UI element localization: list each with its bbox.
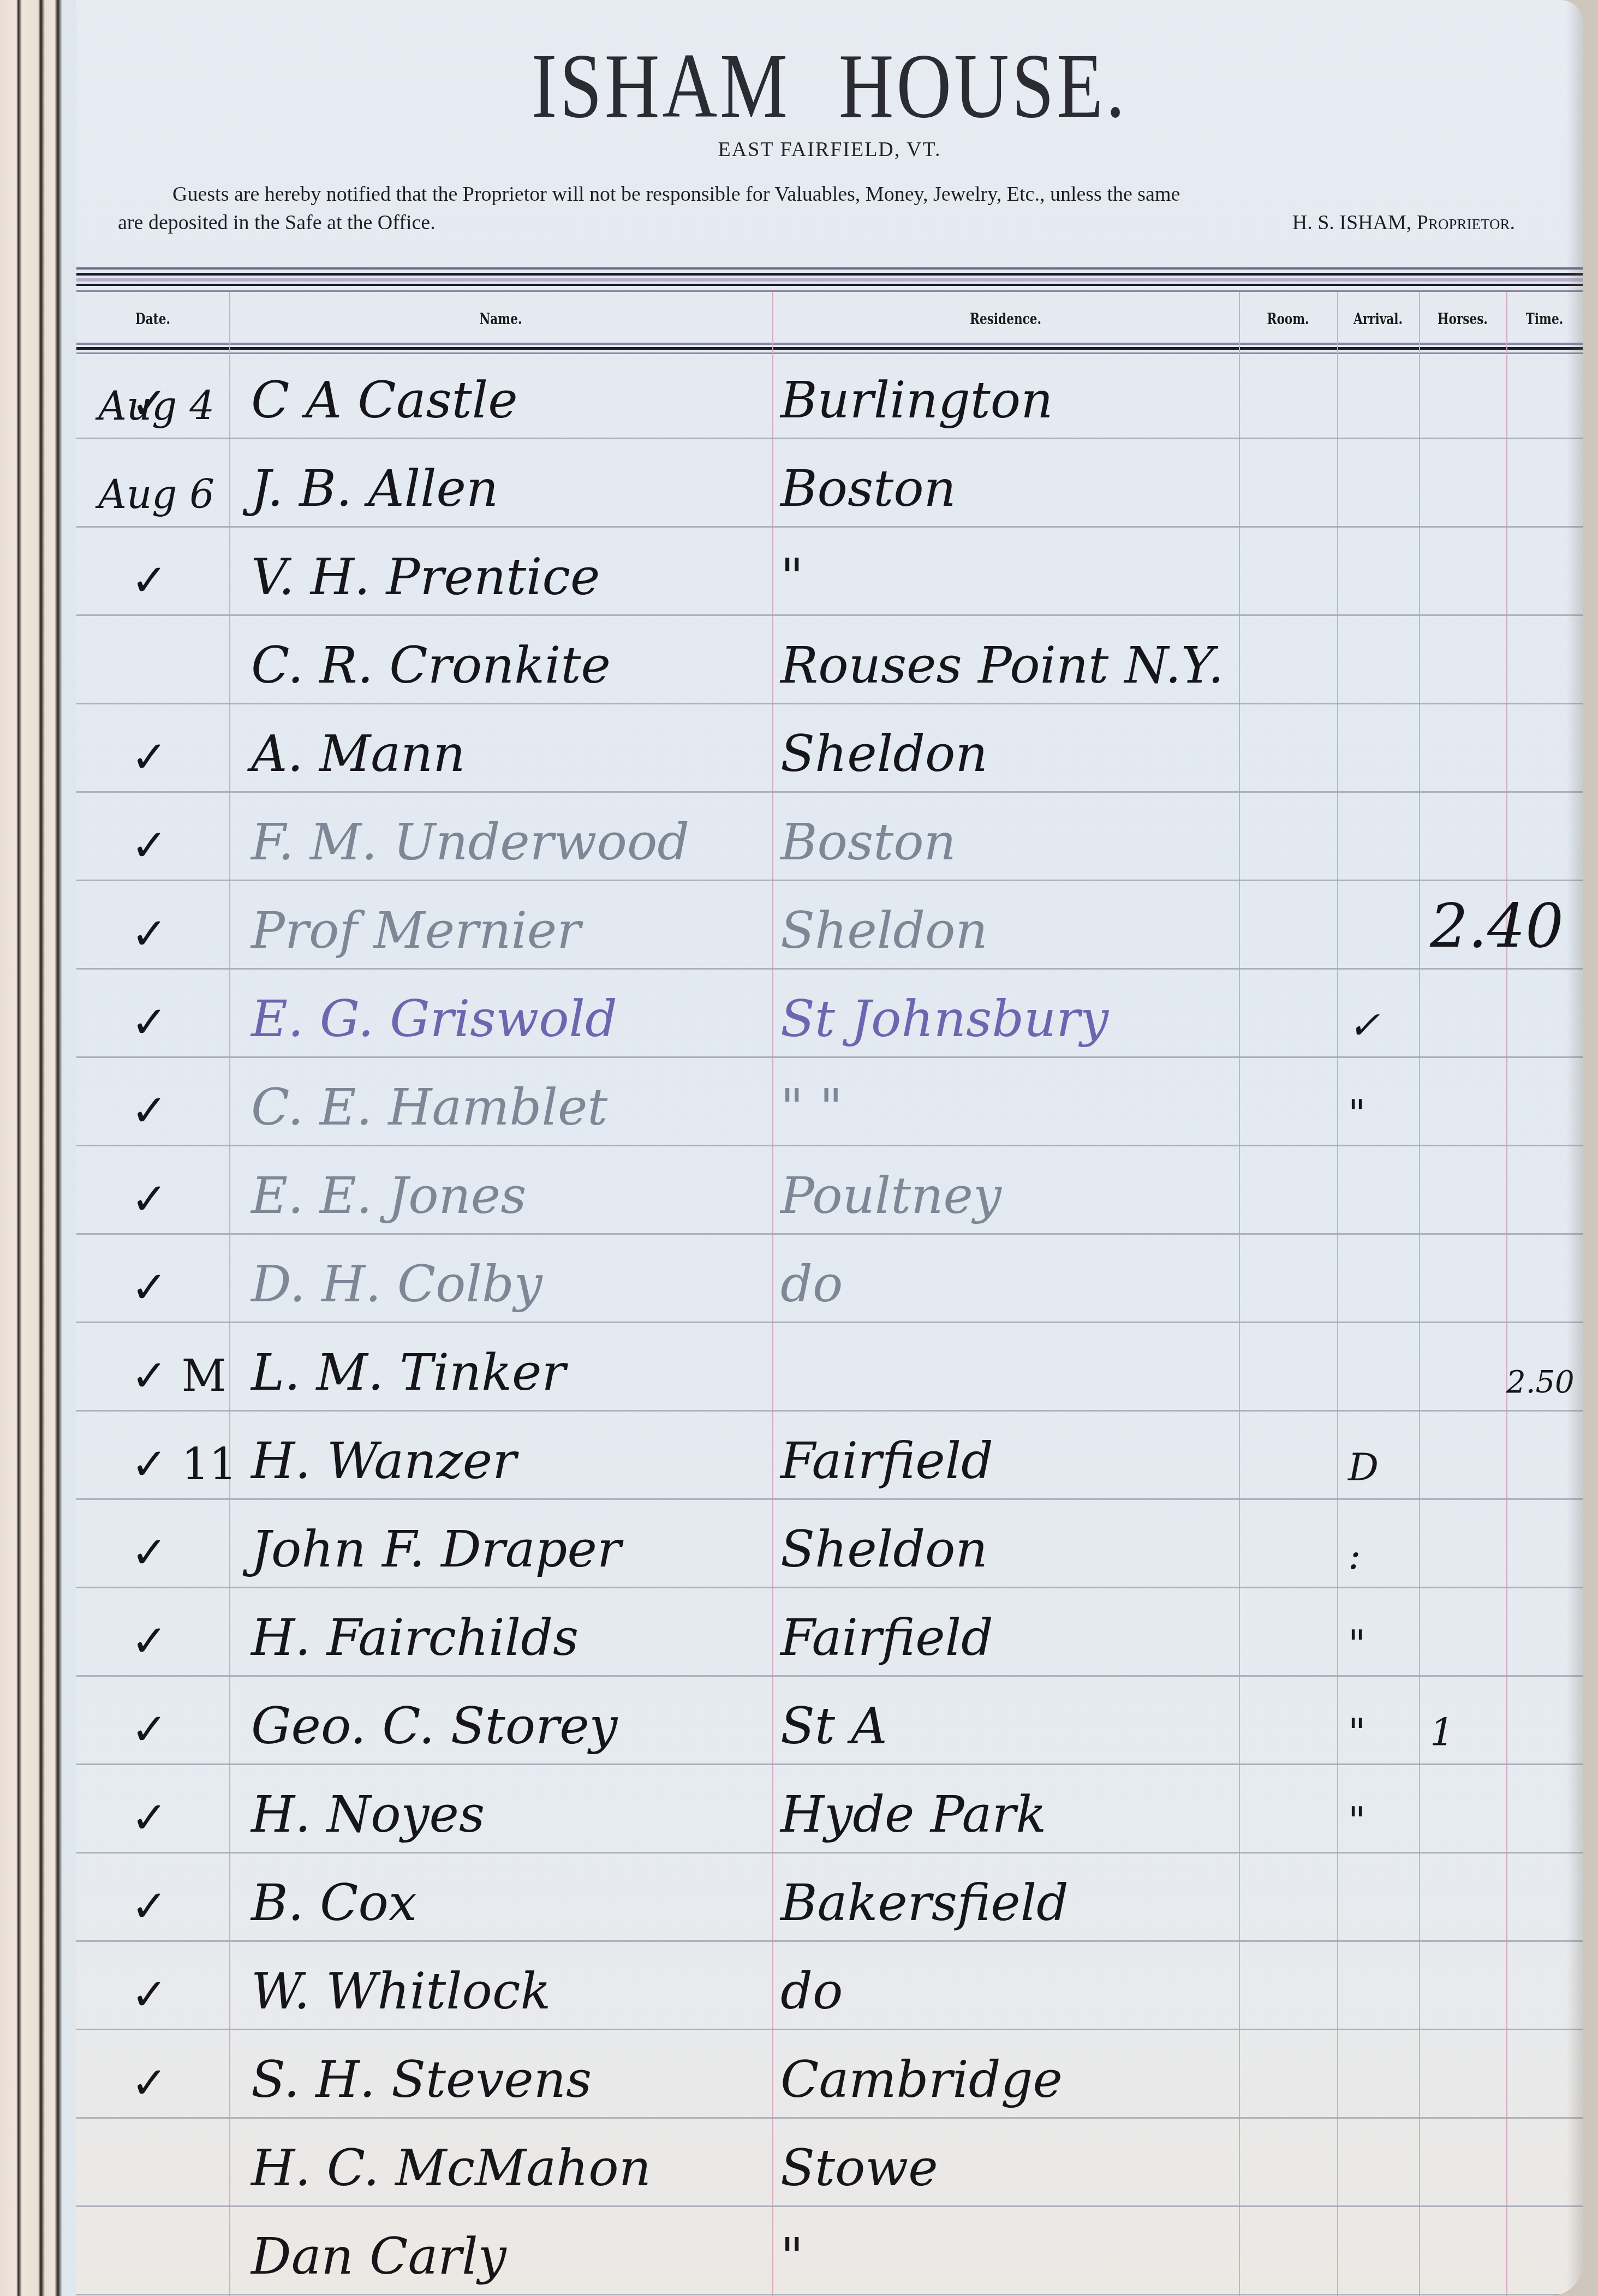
column-header-room: Room. — [1249, 300, 1327, 338]
guest-notice: Guests are hereby notified that the Prop… — [118, 180, 1537, 237]
guest-residence: " — [780, 552, 803, 602]
register-entry-row: Aug 4✓C A CastleBurlington — [76, 349, 1583, 438]
header-rule — [76, 273, 1583, 276]
register-entry-row: ✓E. E. JonesPoultney — [76, 1145, 1583, 1233]
register-entry-row: ✓D. H. Colbydo — [76, 1233, 1583, 1322]
guest-name: L. M. Tinker — [251, 1348, 565, 1398]
guest-residence: do — [780, 1259, 843, 1310]
register-entry-row: ✓F. M. UnderwoodBoston — [76, 791, 1583, 880]
register-entry-row: Aug 6J. B. AllenBoston — [76, 438, 1583, 526]
register-entry-row: ✓John F. DraperSheldon: — [76, 1498, 1583, 1587]
guest-residence: Bakersfield — [780, 1878, 1069, 1928]
notice-line-2: are deposited in the Safe at the Office. — [118, 208, 436, 237]
check-mark: ✓ — [131, 912, 168, 956]
guest-residence: Fairfield — [780, 1436, 993, 1486]
guest-residence: Boston — [780, 817, 956, 868]
check-mark: ✓ — [131, 824, 168, 868]
guest-residence: Boston — [780, 464, 956, 514]
register-page: ISHAM HOUSE. EAST FAIRFIELD, VT. Guests … — [76, 0, 1583, 2296]
time-entry-margin: 2.50 — [1506, 1367, 1575, 1398]
register-entry-row: ✓A. MannSheldon — [76, 703, 1583, 791]
guest-name: C. R. Cronkite — [251, 641, 611, 691]
proprietor-signature: H. S. ISHAM, Proprietor. — [1292, 208, 1515, 237]
arrival-mark: : — [1348, 1536, 1361, 1575]
check-mark: ✓ — [131, 1619, 168, 1663]
check-mark: ✓ — [131, 1708, 168, 1751]
check-mark: ✓ 11 — [131, 1443, 237, 1486]
check-mark: ✓ M — [131, 1354, 226, 1398]
arrival-mark: D — [1348, 1448, 1379, 1486]
ruled-line — [76, 2294, 1583, 2295]
register-entry-row: ✓B. CoxBakersfield — [76, 1852, 1583, 1940]
check-mark: ✓ — [131, 559, 168, 602]
guest-name: H. Fairchilds — [251, 1613, 579, 1663]
guest-name: B. Cox — [251, 1878, 417, 1928]
guest-residence: Stowe — [780, 2143, 938, 2193]
register-entry-row: ✓H. FairchildsFairfield" — [76, 1587, 1583, 1675]
register-entry-row: ✓W. Whitlockdo — [76, 1940, 1583, 2029]
register-entry-row: ✓S. H. StevensCambridge — [76, 2029, 1583, 2117]
arrival-mark: " — [1348, 1713, 1366, 1751]
check-mark: ✓ — [131, 1531, 168, 1575]
header-rule — [76, 267, 1583, 270]
guest-residence: Poultney — [780, 1171, 1001, 1221]
register-entry-row: ✓E. G. GriswoldSt Johnsbury✓ — [76, 968, 1583, 1056]
check-mark: ✓ — [131, 1001, 168, 1044]
check-mark: ✓ — [131, 1266, 168, 1310]
page-curl-shadow — [1566, 0, 1583, 2296]
register-entry-row: ✓Geo. C. StoreySt A"1 — [76, 1675, 1583, 1763]
guest-name: H. Wanzer — [251, 1436, 516, 1486]
check-mark: ✓ — [131, 1177, 168, 1221]
guest-residence: " " — [780, 1083, 843, 1133]
column-header-residence: Residence. — [819, 300, 1192, 338]
guest-residence: Sheldon — [780, 729, 988, 779]
register-entry-row: C. R. CronkiteRouses Point N.Y. — [76, 614, 1583, 703]
guest-residence: St A — [780, 1701, 887, 1751]
time-entry: 2.40 — [1430, 896, 1564, 956]
book-binding-edge — [0, 0, 82, 2296]
header-rule — [76, 284, 1583, 286]
register-entry-row: ✓C. E. Hamblet" "" — [76, 1056, 1583, 1145]
header-rule — [76, 278, 1583, 282]
guest-residence: Cambridge — [780, 2055, 1063, 2105]
check-mark: ✓ — [131, 2061, 168, 2105]
guest-residence: " — [780, 2232, 803, 2282]
check-mark: ✓ — [131, 1089, 168, 1133]
guest-name: D. H. Colby — [251, 1259, 542, 1310]
check-mark: ✓ — [131, 1973, 168, 2017]
hotel-location: EAST FAIRFIELD, VT. — [76, 137, 1583, 162]
guest-name: S. H. Stevens — [251, 2055, 592, 2105]
guest-name: Prof Mernier — [251, 906, 581, 956]
guest-name: C A Castle — [251, 375, 518, 426]
column-header-name: Name. — [284, 300, 718, 338]
guest-name: A. Mann — [251, 729, 465, 779]
guest-name: J. B. Allen — [251, 464, 498, 514]
register-entry-row: ✓V. H. Prentice" — [76, 526, 1583, 614]
arrival-mark: " — [1348, 1802, 1366, 1840]
column-header-horses: Horses. — [1428, 300, 1498, 338]
arrival-mark: ✓ — [1348, 1006, 1380, 1044]
column-header-date: Date. — [92, 300, 214, 338]
guest-name: H. Noyes — [251, 1790, 485, 1840]
page-title: ISHAM HOUSE. — [212, 33, 1447, 139]
guest-name: C. E. Hamblet — [251, 1083, 607, 1133]
guest-name: Geo. C. Storey — [251, 1701, 618, 1751]
notice-line-1: Guests are hereby notified that the Prop… — [118, 180, 1537, 208]
column-header-arrival: Arrival. — [1345, 300, 1411, 338]
guest-name: E. E. Jones — [251, 1171, 526, 1221]
guest-name: Dan Carly — [251, 2232, 506, 2282]
check-mark: ✓ — [131, 1885, 168, 1928]
guest-name: John F. Draper — [251, 1524, 621, 1575]
register-entry-row: ✓ 11H. WanzerFairfieldD — [76, 1410, 1583, 1498]
register-entry-row: ✓Prof MernierSheldon2.40 — [76, 880, 1583, 968]
header-rule — [76, 290, 1583, 292]
arrival-mark: " — [1348, 1095, 1366, 1133]
register-entry-row: Dan Carly" — [76, 2205, 1583, 2294]
guest-name: W. Whitlock — [251, 1966, 551, 2017]
register-entry-row: ✓H. NoyesHyde Park" — [76, 1763, 1583, 1852]
arrival-mark: " — [1348, 1625, 1366, 1663]
check-mark: ✓ — [131, 1796, 168, 1840]
guest-residence: Hyde Park — [780, 1790, 1046, 1840]
guest-residence: St Johnsbury — [780, 994, 1108, 1044]
guest-residence: Sheldon — [780, 906, 988, 956]
guest-residence: Burlington — [780, 375, 1053, 426]
guest-residence: Fairfield — [780, 1613, 993, 1663]
check-mark: ✓ — [131, 382, 168, 426]
register-entry-row: ✓ ML. M. Tinker2.50 — [76, 1322, 1583, 1410]
guest-residence: do — [780, 1966, 843, 2017]
horses-mark: 1 — [1430, 1713, 1454, 1751]
guest-residence: Sheldon — [780, 1524, 988, 1575]
guest-residence: Rouses Point N.Y. — [780, 641, 1224, 691]
entry-date: Aug 6 — [98, 475, 214, 514]
guest-name: E. G. Griswold — [251, 994, 617, 1044]
register-entry-row: H. C. McMahonStowe — [76, 2117, 1583, 2205]
check-mark: ✓ — [131, 736, 168, 779]
guest-name: V. H. Prentice — [251, 552, 600, 602]
notice-line-2-row: are deposited in the Safe at the Office.… — [118, 208, 1537, 237]
header-rule — [76, 343, 1583, 345]
guest-name: F. M. Underwood — [251, 817, 689, 868]
guest-name: H. C. McMahon — [251, 2143, 651, 2193]
